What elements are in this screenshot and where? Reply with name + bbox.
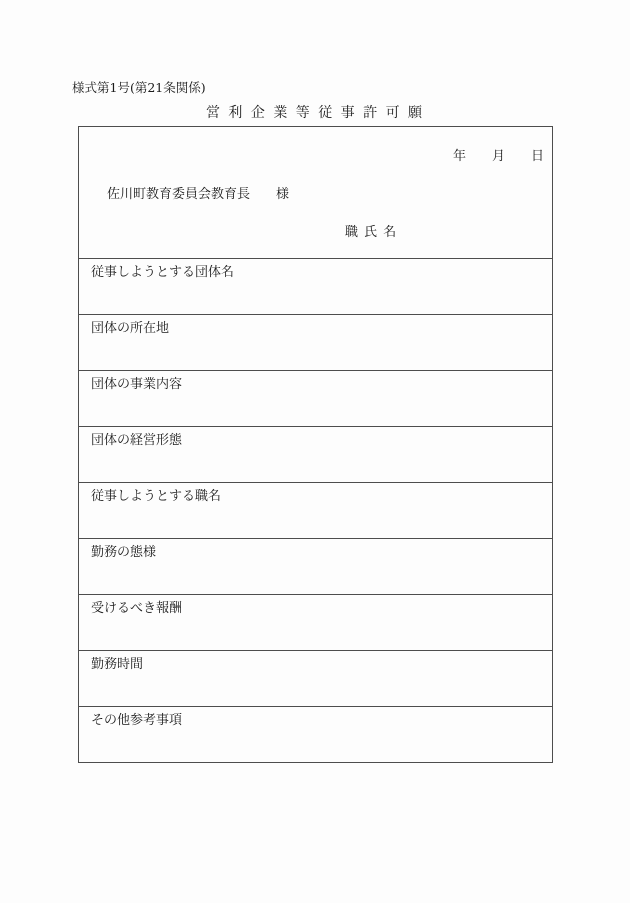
application-form-table: 年 月 日 佐川町教育委員会教育長 様 職 氏 名 従事しようとする団体名 団体…: [78, 126, 553, 763]
form-page: 様式第1号(第21条関係) 営 利 企 業 等 従 事 許 可 願 年 月 日 …: [0, 0, 630, 903]
row-label: 受けるべき報酬: [91, 601, 540, 618]
row-blank-space: [91, 730, 540, 758]
row-blank-space: [91, 562, 540, 590]
table-row-organization-address: 団体の所在地: [79, 314, 552, 370]
table-row-management-form: 団体の経営形態: [79, 426, 552, 482]
addressee-line: 佐川町教育委員会教育長 様: [107, 183, 289, 202]
row-blank-space: [91, 450, 540, 478]
table-row-remuneration: 受けるべき報酬: [79, 594, 552, 650]
row-blank-space: [91, 506, 540, 534]
row-blank-space: [91, 282, 540, 310]
table-row-other-remarks: その他参考事項: [79, 706, 552, 762]
table-row-organization-name: 従事しようとする団体名: [79, 258, 552, 314]
row-label: 勤務の態様: [91, 545, 540, 562]
row-label: 団体の経営形態: [91, 433, 540, 450]
row-blank-space: [91, 338, 540, 366]
form-header-cell: 年 月 日 佐川町教育委員会教育長 様 職 氏 名: [79, 127, 552, 258]
row-label: 勤務時間: [91, 657, 540, 674]
row-label: その他参考事項: [91, 713, 540, 730]
row-label: 団体の所在地: [91, 321, 540, 338]
row-blank-space: [91, 618, 540, 646]
table-row-working-hours: 勤務時間: [79, 650, 552, 706]
table-row-position-title: 従事しようとする職名: [79, 482, 552, 538]
position-name-label: 職 氏 名: [345, 221, 397, 240]
row-blank-space: [91, 674, 540, 702]
date-line: 年 月 日: [453, 145, 544, 164]
row-label: 従事しようとする職名: [91, 489, 540, 506]
row-blank-space: [91, 394, 540, 422]
form-code: 様式第1号(第21条関係): [72, 78, 206, 96]
row-label: 団体の事業内容: [91, 377, 540, 394]
row-label: 従事しようとする団体名: [91, 265, 540, 282]
table-row-work-style: 勤務の態様: [79, 538, 552, 594]
table-row-business-description: 団体の事業内容: [79, 370, 552, 426]
page-title: 営 利 企 業 等 従 事 許 可 願: [78, 102, 552, 122]
